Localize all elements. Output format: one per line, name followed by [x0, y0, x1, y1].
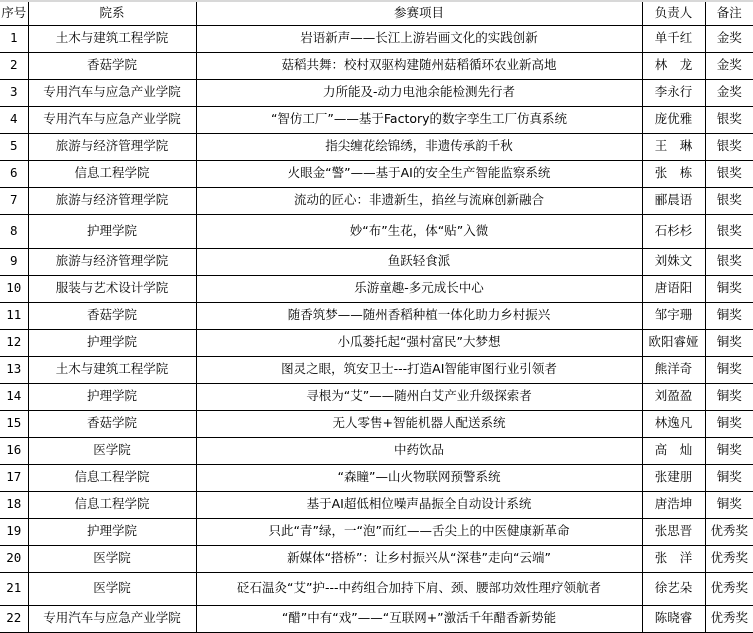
cell-note: 金奖 [705, 25, 753, 52]
table-row: 6信息工程学院火眼金“警”——基于AI的安全生产智能监察系统张 栋银奖 [0, 160, 753, 187]
cell-department: 旅游与经济管理学院 [28, 187, 196, 214]
cell-project: 寻根为“艾”——随州白艾产业升级探索者 [196, 383, 642, 410]
cell-department: 专用汽车与应急产业学院 [28, 79, 196, 106]
cell-note: 银奖 [705, 133, 753, 160]
cell-department: 旅游与经济管理学院 [28, 248, 196, 275]
cell-project: “森瞳”—山火物联网预警系统 [196, 464, 642, 491]
cell-note: 银奖 [705, 160, 753, 187]
cell-department: 医学院 [28, 572, 196, 605]
cell-department: 专用汽车与应急产业学院 [28, 605, 196, 632]
cell-note: 铜奖 [705, 491, 753, 518]
table-row: 19护理学院只此“青”绿，一“泡”而红——舌尖上的中医健康新革命张思晋优秀奖 [0, 518, 753, 545]
cell-leader: 刘姝文 [642, 248, 705, 275]
cell-no: 7 [0, 187, 28, 214]
cell-note: 铜奖 [705, 437, 753, 464]
cell-no: 20 [0, 545, 28, 572]
cell-leader: 邹宇珊 [642, 302, 705, 329]
cell-leader: 陈晓睿 [642, 605, 705, 632]
cell-department: 服装与艺术设计学院 [28, 275, 196, 302]
cell-project: 火眼金“警”——基于AI的安全生产智能监察系统 [196, 160, 642, 187]
cell-project: 流动的匠心：非遗新生，掐丝与流麻创新融合 [196, 187, 642, 214]
cell-no: 16 [0, 437, 28, 464]
cell-project: 无人零售+智能机器人配送系统 [196, 410, 642, 437]
cell-no: 8 [0, 214, 28, 248]
cell-department: 护理学院 [28, 383, 196, 410]
table-row: 16医学院中药饮品高 灿铜奖 [0, 437, 753, 464]
table-row: 9旅游与经济管理学院鱼跃轻食派刘姝文银奖 [0, 248, 753, 275]
cell-leader: 王 琳 [642, 133, 705, 160]
cell-department: 专用汽车与应急产业学院 [28, 106, 196, 133]
cell-department: 香菇学院 [28, 410, 196, 437]
cell-leader: 郦晨语 [642, 187, 705, 214]
cell-project: 力所能及-动力电池余能检测先行者 [196, 79, 642, 106]
table-row: 4专用汽车与应急产业学院“智仿工厂”——基于Factory的数字孪生工厂仿真系统… [0, 106, 753, 133]
cell-leader: 徐艺朵 [642, 572, 705, 605]
cell-note: 铜奖 [705, 275, 753, 302]
cell-note: 银奖 [705, 106, 753, 133]
cell-project: 新媒体“搭桥”：让乡村振兴从“深巷”走向“云端” [196, 545, 642, 572]
cell-department: 香菇学院 [28, 302, 196, 329]
cell-department: 护理学院 [28, 329, 196, 356]
table-row: 17信息工程学院“森瞳”—山火物联网预警系统张建朋铜奖 [0, 464, 753, 491]
cell-leader: 唐浩坤 [642, 491, 705, 518]
cell-leader: 林 龙 [642, 52, 705, 79]
cell-note: 金奖 [705, 52, 753, 79]
cell-no: 11 [0, 302, 28, 329]
cell-leader: 庞优雅 [642, 106, 705, 133]
cell-leader: 单千红 [642, 25, 705, 52]
cell-note: 金奖 [705, 79, 753, 106]
cell-note: 优秀奖 [705, 518, 753, 545]
header-note: 备注 [705, 2, 753, 25]
table-row: 12护理学院小瓜蒌托起“强村富民”大梦想欧阳睿娅铜奖 [0, 329, 753, 356]
table-row: 20医学院新媒体“搭桥”：让乡村振兴从“深巷”走向“云端”张 洋优秀奖 [0, 545, 753, 572]
cell-note: 银奖 [705, 187, 753, 214]
cell-no: 1 [0, 25, 28, 52]
cell-project: 指尖缠花绘锦绣，非遗传承韵千秋 [196, 133, 642, 160]
cell-note: 铜奖 [705, 302, 753, 329]
cell-no: 18 [0, 491, 28, 518]
table-row: 10服装与艺术设计学院乐游童趣-多元成长中心唐语阳铜奖 [0, 275, 753, 302]
cell-no: 10 [0, 275, 28, 302]
table-row: 2香菇学院菇稻共舞：校村双驱构建随州菇稻循环农业新高地林 龙金奖 [0, 52, 753, 79]
table-row: 14护理学院寻根为“艾”——随州白艾产业升级探索者刘盈盈铜奖 [0, 383, 753, 410]
table-row: 13土木与建筑工程学院图灵之眼，筑安卫士---打造AI智能审图行业引领者熊洋奇铜… [0, 356, 753, 383]
cell-no: 15 [0, 410, 28, 437]
table-row: 1土木与建筑工程学院岩语新声——长江上游岩画文化的实践创新单千红金奖 [0, 25, 753, 52]
cell-department: 护理学院 [28, 214, 196, 248]
cell-department: 医学院 [28, 545, 196, 572]
cell-project: 图灵之眼，筑安卫士---打造AI智能审图行业引领者 [196, 356, 642, 383]
cell-note: 优秀奖 [705, 605, 753, 632]
cell-no: 21 [0, 572, 28, 605]
cell-project: 岩语新声——长江上游岩画文化的实践创新 [196, 25, 642, 52]
cell-project: 乐游童趣-多元成长中心 [196, 275, 642, 302]
cell-leader: 刘盈盈 [642, 383, 705, 410]
cell-note: 优秀奖 [705, 572, 753, 605]
cell-department: 旅游与经济管理学院 [28, 133, 196, 160]
cell-leader: 张 洋 [642, 545, 705, 572]
table-row: 15香菇学院无人零售+智能机器人配送系统林逸凡铜奖 [0, 410, 753, 437]
header-leader: 负责人 [642, 2, 705, 25]
header-department: 院系 [28, 2, 196, 25]
cell-department: 信息工程学院 [28, 491, 196, 518]
table-row: 18信息工程学院基于AI超低相位噪声晶振全自动设计系统唐浩坤铜奖 [0, 491, 753, 518]
cell-note: 银奖 [705, 214, 753, 248]
header-project: 参赛项目 [196, 2, 642, 25]
cell-project: 只此“青”绿，一“泡”而红——舌尖上的中医健康新革命 [196, 518, 642, 545]
cell-project: 砭石温灸“艾”护---中药组合加持下肩、颈、腰部功效性理疗领航者 [196, 572, 642, 605]
cell-no: 3 [0, 79, 28, 106]
table-row: 8护理学院妙“布”生花，体“贴”入微石杉杉银奖 [0, 214, 753, 248]
cell-project: 小瓜蒌托起“强村富民”大梦想 [196, 329, 642, 356]
cell-no: 2 [0, 52, 28, 79]
cell-no: 17 [0, 464, 28, 491]
header-no: 序号 [0, 2, 28, 25]
cell-no: 19 [0, 518, 28, 545]
cell-project: “醋”中有“戏”——“互联网+”激活千年醋香新势能 [196, 605, 642, 632]
table-row: 3专用汽车与应急产业学院力所能及-动力电池余能检测先行者李永行金奖 [0, 79, 753, 106]
cell-no: 22 [0, 605, 28, 632]
cell-note: 银奖 [705, 248, 753, 275]
cell-leader: 石杉杉 [642, 214, 705, 248]
cell-leader: 张思晋 [642, 518, 705, 545]
cell-note: 铜奖 [705, 329, 753, 356]
cell-project: 菇稻共舞：校村双驱构建随州菇稻循环农业新高地 [196, 52, 642, 79]
cell-project: “智仿工厂”——基于Factory的数字孪生工厂仿真系统 [196, 106, 642, 133]
cell-note: 优秀奖 [705, 545, 753, 572]
table-row: 7旅游与经济管理学院流动的匠心：非遗新生，掐丝与流麻创新融合郦晨语银奖 [0, 187, 753, 214]
table-row: 21医学院砭石温灸“艾”护---中药组合加持下肩、颈、腰部功效性理疗领航者徐艺朵… [0, 572, 753, 605]
table-body: 1土木与建筑工程学院岩语新声——长江上游岩画文化的实践创新单千红金奖2香菇学院菇… [0, 25, 753, 632]
cell-no: 14 [0, 383, 28, 410]
cell-leader: 熊洋奇 [642, 356, 705, 383]
cell-department: 信息工程学院 [28, 464, 196, 491]
cell-project: 妙“布”生花，体“贴”入微 [196, 214, 642, 248]
cell-project: 基于AI超低相位噪声晶振全自动设计系统 [196, 491, 642, 518]
cell-leader: 林逸凡 [642, 410, 705, 437]
cell-no: 13 [0, 356, 28, 383]
cell-project: 鱼跃轻食派 [196, 248, 642, 275]
cell-no: 12 [0, 329, 28, 356]
cell-leader: 张建朋 [642, 464, 705, 491]
cell-note: 铜奖 [705, 410, 753, 437]
cell-project: 中药饮品 [196, 437, 642, 464]
table-row: 5旅游与经济管理学院指尖缠花绘锦绣，非遗传承韵千秋王 琳银奖 [0, 133, 753, 160]
cell-leader: 欧阳睿娅 [642, 329, 705, 356]
cell-department: 医学院 [28, 437, 196, 464]
cell-leader: 张 栋 [642, 160, 705, 187]
cell-department: 信息工程学院 [28, 160, 196, 187]
award-table: 序号 院系 参赛项目 负责人 备注 1土木与建筑工程学院岩语新声——长江上游岩画… [0, 2, 753, 633]
cell-note: 铜奖 [705, 383, 753, 410]
cell-no: 6 [0, 160, 28, 187]
cell-leader: 唐语阳 [642, 275, 705, 302]
cell-no: 4 [0, 106, 28, 133]
table-row: 11香菇学院随香筑梦——随州香稻种植一体化助力乡村振兴邹宇珊铜奖 [0, 302, 753, 329]
cell-department: 香菇学院 [28, 52, 196, 79]
cell-no: 9 [0, 248, 28, 275]
header-row: 序号 院系 参赛项目 负责人 备注 [0, 2, 753, 25]
cell-leader: 高 灿 [642, 437, 705, 464]
cell-leader: 李永行 [642, 79, 705, 106]
cell-project: 随香筑梦——随州香稻种植一体化助力乡村振兴 [196, 302, 642, 329]
table-row: 22专用汽车与应急产业学院“醋”中有“戏”——“互联网+”激活千年醋香新势能陈晓… [0, 605, 753, 632]
cell-department: 土木与建筑工程学院 [28, 25, 196, 52]
cell-department: 土木与建筑工程学院 [28, 356, 196, 383]
cell-note: 铜奖 [705, 464, 753, 491]
cell-no: 5 [0, 133, 28, 160]
cell-note: 铜奖 [705, 356, 753, 383]
cell-department: 护理学院 [28, 518, 196, 545]
